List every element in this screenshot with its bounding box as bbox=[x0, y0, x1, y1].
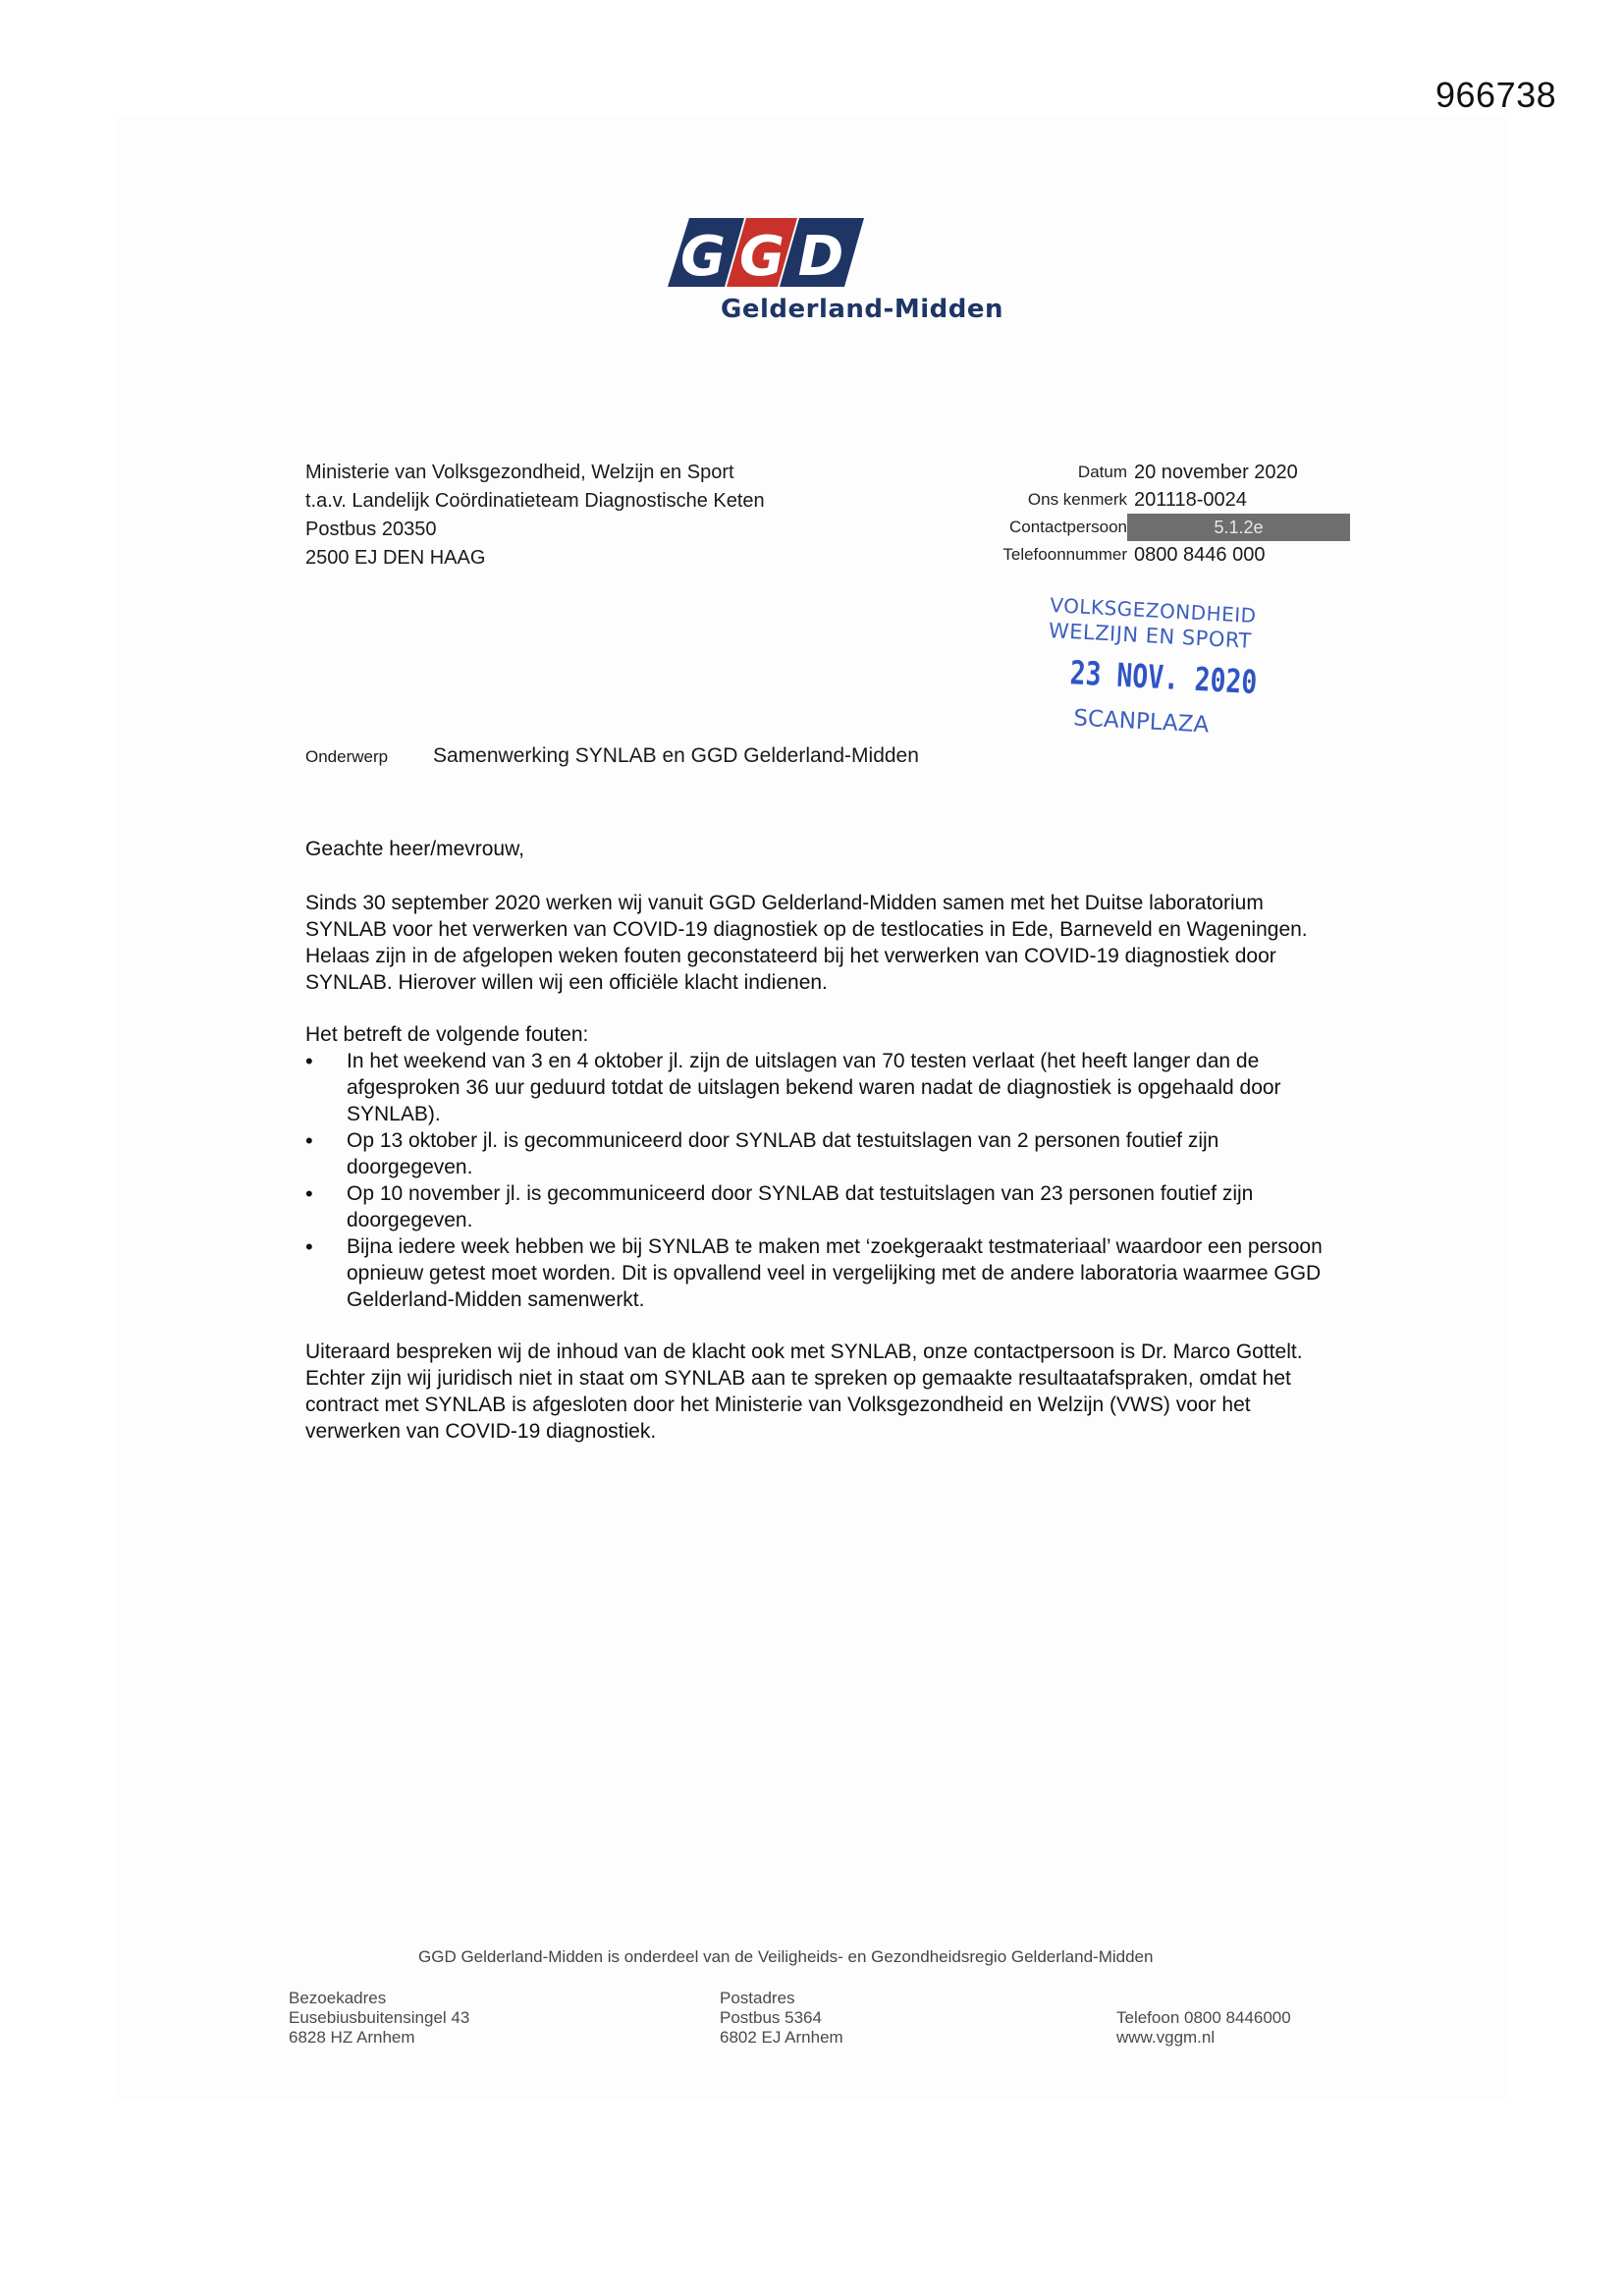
footer-tagline: GGD Gelderland-Midden is onderdeel van d… bbox=[418, 1947, 1153, 1967]
footer-visit-address: Bezoekadres Eusebiusbuitensingel 43 6828… bbox=[289, 1989, 469, 2048]
list-item: Op 13 oktober jl. is gecommuniceerd door… bbox=[305, 1127, 1336, 1180]
subject-value: Samenwerking SYNLAB en GGD Gelderland-Mi… bbox=[433, 744, 919, 768]
footer-visit-line1: Eusebiusbuitensingel 43 bbox=[289, 2008, 469, 2028]
paragraph-closing: Uiteraard bespreken wij de inhoud van de… bbox=[305, 1339, 1336, 1445]
footer-contact: Telefoon 0800 8446000 www.vggm.nl bbox=[1116, 2008, 1291, 2048]
footer-postal-title: Postadres bbox=[720, 1989, 843, 2008]
list-item: In het weekend van 3 en 4 oktober jl. zi… bbox=[305, 1048, 1336, 1127]
recipient-line: Postbus 20350 bbox=[305, 516, 765, 544]
footer-visit-title: Bezoekadres bbox=[289, 1989, 469, 2008]
letter-body: Geachte heer/mevrouw, Sinds 30 september… bbox=[305, 836, 1336, 1470]
subject-label: Onderwerp bbox=[305, 747, 433, 767]
recipient-line: t.a.v. Landelijk Coördinatieteam Diagnos… bbox=[305, 487, 765, 516]
received-stamp: VOLKSGEZONDHEID WELZIJN EN SPORT 23 NOV.… bbox=[1044, 593, 1308, 743]
meta-phone-row: Telefoonnummer 0800 8446 000 bbox=[972, 541, 1355, 569]
meta-date-label: Datum bbox=[972, 463, 1134, 482]
salutation: Geachte heer/mevrouw, bbox=[305, 836, 1336, 862]
footer-website-link[interactable]: www.vggm.nl bbox=[1116, 2028, 1291, 2048]
meta-date-row: Datum 20 november 2020 bbox=[972, 459, 1355, 486]
redacted-contact: 5.1.2e bbox=[1127, 514, 1350, 541]
faults-list: In het weekend van 3 en 4 oktober jl. zi… bbox=[305, 1048, 1336, 1313]
meta-contact-label: Contactpersoon bbox=[972, 518, 1134, 537]
meta-phone-label: Telefoonnummer bbox=[972, 545, 1134, 565]
meta-contact-row: Contactpersoon 5.1.2e bbox=[972, 514, 1355, 541]
subject-line: Onderwerp Samenwerking SYNLAB en GGD Gel… bbox=[305, 744, 919, 768]
recipient-address: Ministerie van Volksgezondheid, Welzijn … bbox=[305, 459, 765, 573]
ggd-logo-icon: G G D bbox=[668, 218, 864, 287]
meta-date-value: 20 november 2020 bbox=[1134, 462, 1298, 484]
footer-visit-line2: 6828 HZ Arnhem bbox=[289, 2028, 469, 2048]
logo-letter-3: D bbox=[798, 225, 843, 287]
list-item: Op 10 november jl. is gecommuniceerd doo… bbox=[305, 1180, 1336, 1233]
letter-metadata: Datum 20 november 2020 Ons kenmerk 20111… bbox=[972, 459, 1355, 569]
meta-reference-label: Ons kenmerk bbox=[972, 490, 1134, 510]
stamp-date: 23 NOV. 2020 bbox=[1069, 653, 1259, 701]
logo-letter-1: G bbox=[680, 225, 726, 287]
meta-reference-value: 201118-0024 bbox=[1134, 489, 1247, 512]
recipient-line: Ministerie van Volksgezondheid, Welzijn … bbox=[305, 459, 765, 487]
logo-letter-2: G bbox=[739, 225, 785, 287]
paragraph-intro: Sinds 30 september 2020 werken wij vanui… bbox=[305, 890, 1336, 996]
footer-postal-address: Postadres Postbus 5364 6802 EJ Arnhem bbox=[720, 1989, 843, 2048]
faults-intro: Het betreft de volgende fouten: bbox=[305, 1021, 1336, 1048]
recipient-line: 2500 EJ DEN HAAG bbox=[305, 544, 765, 573]
logo-subtitle: Gelderland-Midden bbox=[721, 295, 1003, 324]
footer-postal-line1: Postbus 5364 bbox=[720, 2008, 843, 2028]
meta-phone-value: 0800 8446 000 bbox=[1134, 544, 1265, 567]
meta-reference-row: Ons kenmerk 201118-0024 bbox=[972, 486, 1355, 514]
list-item: Bijna iedere week hebben we bij SYNLAB t… bbox=[305, 1233, 1336, 1313]
footer-phone: Telefoon 0800 8446000 bbox=[1116, 2008, 1291, 2028]
document-id: 966738 bbox=[1435, 75, 1556, 116]
footer-postal-line2: 6802 EJ Arnhem bbox=[720, 2028, 843, 2048]
